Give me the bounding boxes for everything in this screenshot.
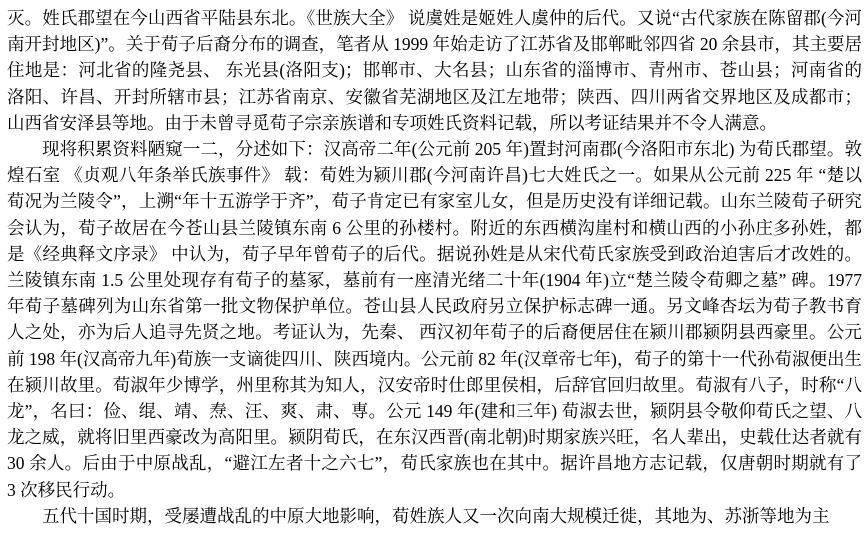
paragraph-xunzi-descendants-research: 现将积累资料陋窥一二，分述如下：汉高帝二年(公元前 205 年)置封河南郡(今洛… — [7, 136, 862, 503]
document-page: 灭。姓氏郡望在今山西省平陆县东北。《世族大全》 说虞姓是姬姓人虞仲的后代。又说“… — [0, 0, 868, 536]
paragraph-five-dynasties-partial: 五代十国时期，受屡遭战乱的中原大地影响，荀姓族人又一次向南大规模迁徙，其地为、苏… — [7, 503, 862, 529]
paragraph-virtue-surname-distribution: 灭。姓氏郡望在今山西省平陆县东北。《世族大全》 说虞姓是姬姓人虞仲的后代。又说“… — [7, 5, 862, 136]
